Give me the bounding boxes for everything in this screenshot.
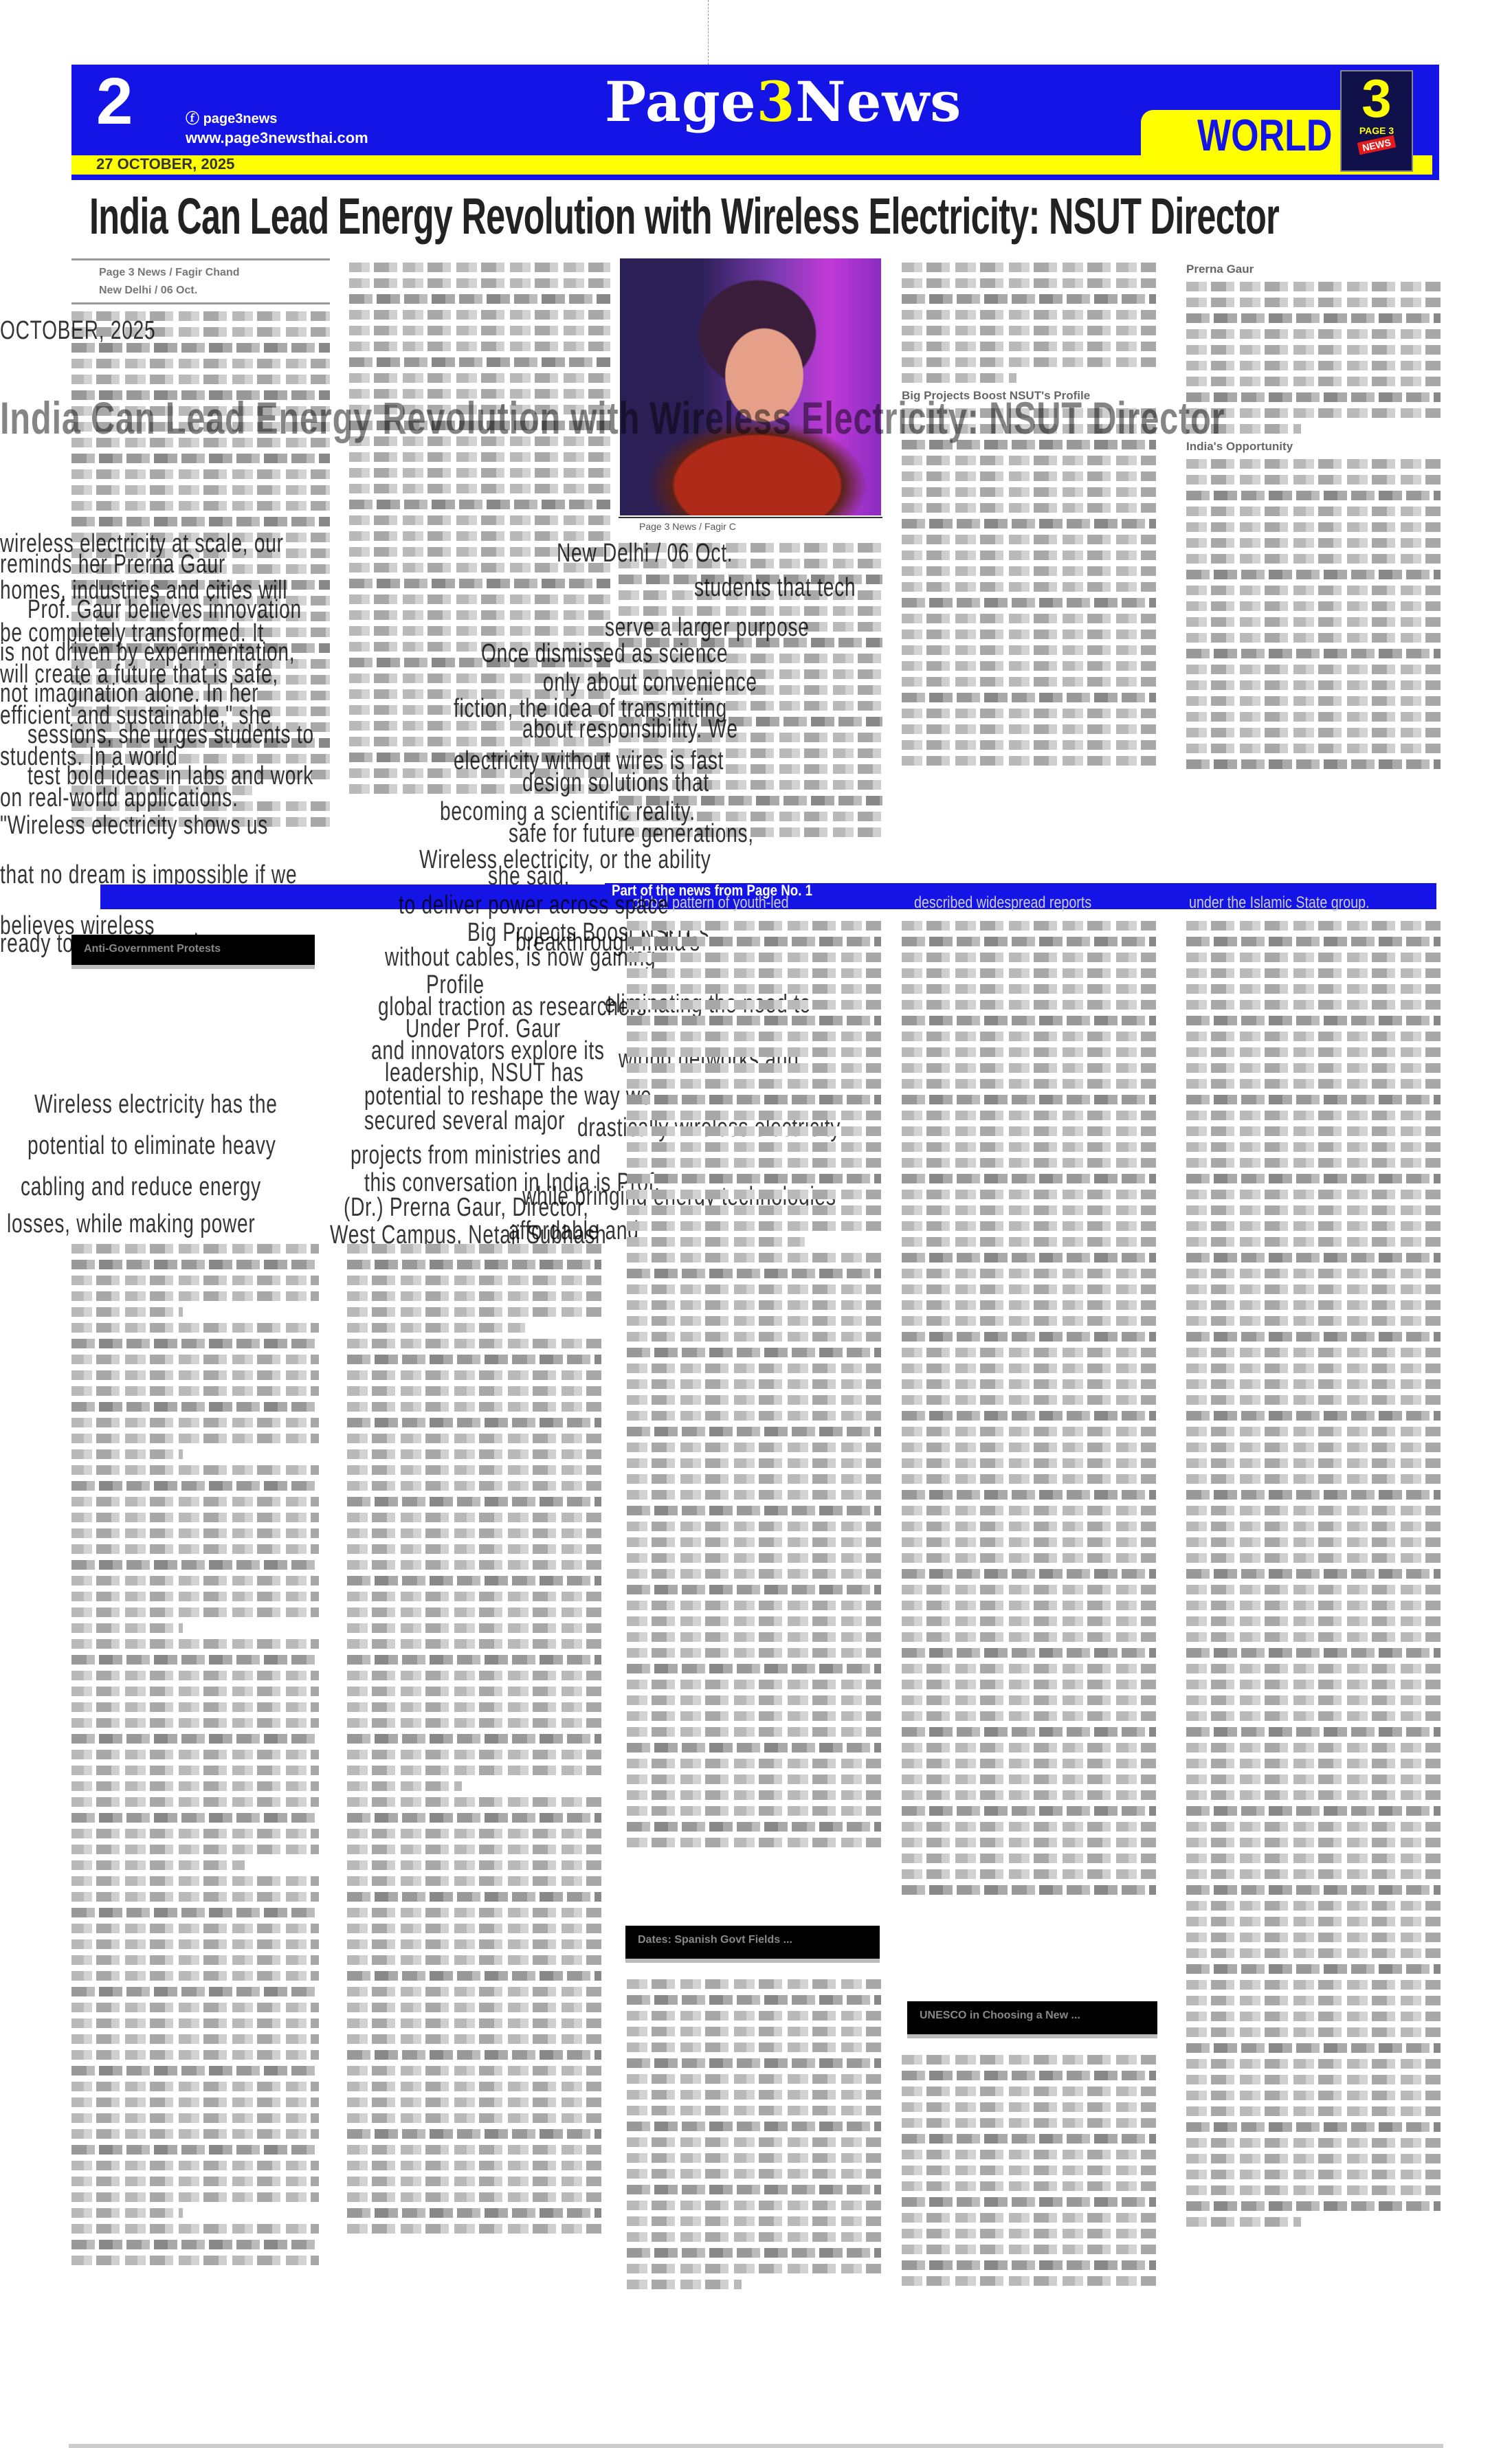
column-rule <box>71 258 330 260</box>
newspaper-logo: Page3News <box>605 74 961 129</box>
article-column-4: Big Projects Boost NSUT's Profile <box>902 263 1156 881</box>
overlay-text: only about convenience <box>543 668 757 698</box>
badge-label: PAGE 3 <box>1342 125 1412 136</box>
issue-date: 27 OCTOBER, 2025 <box>96 155 234 173</box>
masthead-bottom-rule <box>71 175 1439 180</box>
continuation-text-3: under the Islamic State group. <box>1189 893 1370 913</box>
overlay-text: students that tech <box>694 573 856 603</box>
logo-prefix: Page <box>605 69 757 134</box>
facebook-label: page3news <box>203 111 278 126</box>
headline: India Can Lead Energy Revolution with Wi… <box>89 187 1005 245</box>
overlay-text: to deliver power across space <box>399 891 669 920</box>
lower-column-4 <box>902 921 1156 1993</box>
overlay-text: "Wireless electricity shows us <box>0 811 268 841</box>
lower-column-2 <box>347 1244 601 2323</box>
lower-column-3 <box>627 921 881 1917</box>
overlay-text: OCTOBER, 2025 <box>0 316 155 346</box>
portrait-photo <box>620 258 881 515</box>
overlay-text: Wireless electricity has the <box>34 1090 278 1120</box>
fold-line <box>708 0 709 65</box>
lower-column-4b <box>902 2055 1156 2323</box>
photo-caption: Page 3 News / Fagir C <box>639 521 736 532</box>
lower-column-5 <box>1186 921 1441 2323</box>
facebook-icon: ⓕ <box>186 111 203 126</box>
lower-column-1 <box>71 1244 319 2323</box>
overlay-text: secured several major <box>364 1106 565 1136</box>
overlay-text: New Delhi / 06 Oct. <box>557 539 733 568</box>
overlay-text: potential to eliminate heavy <box>27 1131 276 1161</box>
badge-news: NEWS <box>1357 135 1397 155</box>
overlay-headline: India Can Lead Energy Revolution with Wi… <box>0 392 1225 444</box>
byline: Page 3 News / Fagir Chand <box>99 267 330 279</box>
photo-rule <box>619 517 882 518</box>
badge-number: 3 <box>1342 71 1412 125</box>
overlay-text: safe for future generations, <box>509 819 754 849</box>
byline-rule <box>71 302 330 304</box>
lower-column-3b <box>627 1979 881 2323</box>
overlay-text: cabling and reduce energy <box>21 1172 261 1202</box>
overlay-text: on real-world applications. <box>0 783 238 813</box>
overlay-text: design solutions that <box>522 768 709 798</box>
overlay-text: affordable and <box>509 1216 639 1246</box>
overlay-text: reminds her Prerna Gaur <box>0 550 225 579</box>
logo-suffix: News <box>795 69 961 134</box>
section-box-protests[interactable]: Anti-Government Protests <box>71 935 315 969</box>
logo-number: 3 <box>757 69 796 134</box>
article-column-5: Prerna Gaur India's Opportunity <box>1186 258 1441 877</box>
brand-badge: 3 PAGE 3 NEWS <box>1340 70 1413 172</box>
dateline: New Delhi / 06 Oct. <box>99 285 330 297</box>
overlay-text: projects from ministries and <box>351 1141 601 1170</box>
overlay-text: serve a larger purpose <box>605 613 810 643</box>
section-label: WORLD <box>1197 110 1332 162</box>
continuation-text-2: described widespread reports <box>914 893 1091 913</box>
website-link[interactable]: www.page3newsthai.com <box>186 129 368 147</box>
facebook-handle[interactable]: ⓕ page3news <box>186 107 277 127</box>
overlay-text: losses, while making power <box>7 1210 256 1239</box>
subhead: Prerna Gaur <box>1186 263 1441 276</box>
overlay-text: Once dismissed as science <box>481 639 728 669</box>
page-number: 2 <box>96 69 133 135</box>
section-box-unesco[interactable]: UNESCO in Choosing a New ... <box>907 2001 1157 2038</box>
overlay-text: about responsibility. We <box>522 715 738 744</box>
page-bottom-rule <box>69 2444 1443 2448</box>
section-box-spanish[interactable]: Dates: Spanish Govt Fields ... <box>625 1926 880 1963</box>
